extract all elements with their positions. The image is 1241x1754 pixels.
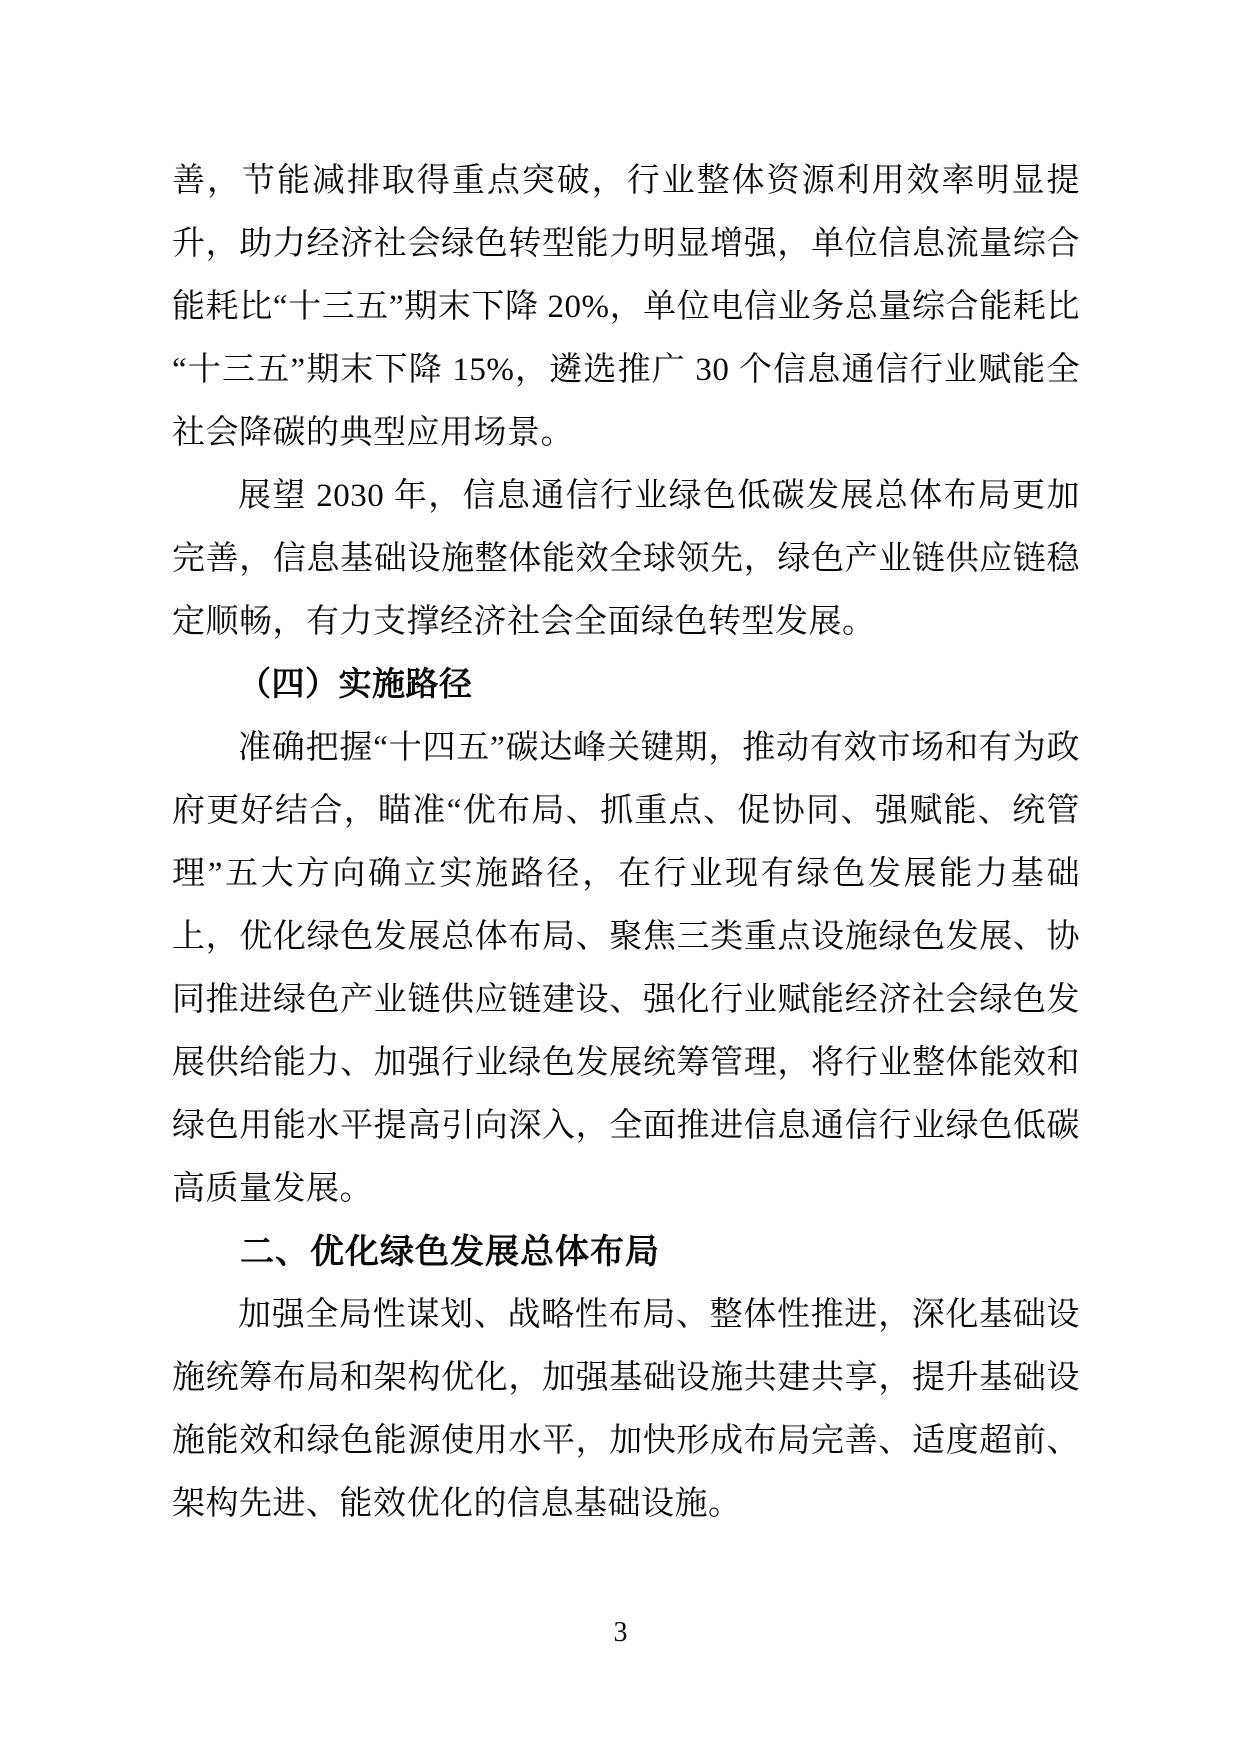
page-number: 3 <box>614 1617 628 1648</box>
subsection-heading-implementation-path: （四）实施路径 <box>172 654 1080 717</box>
document-page: 善，节能减排取得重点突破，行业整体资源利用效率明显提升，助力经济社会绿色转型能力… <box>0 0 1241 1754</box>
paragraph-goals-continuation: 善，节能减排取得重点突破，行业整体资源利用效率明显提升，助力经济社会绿色转型能力… <box>172 150 1080 465</box>
paragraph-overall-layout: 加强全局性谋划、战略性布局、整体性推进，深化基础设施统筹布局和架构优化，加强基础… <box>172 1284 1080 1536</box>
paragraph-implementation-path: 准确把握“十四五”碳达峰关键期，推动有效市场和有为政府更好结合，瞄准“优布局、抓… <box>172 717 1080 1221</box>
paragraph-outlook-2030: 展望 2030 年，信息通信行业绿色低碳发展总体布局更加完善，信息基础设施整体能… <box>172 465 1080 654</box>
section-heading-optimize-green-layout: 二、优化绿色发展总体布局 <box>172 1221 1080 1284</box>
page-footer: 3 <box>0 1616 1241 1650</box>
document-body: 善，节能减排取得重点突破，行业整体资源利用效率明显提升，助力经济社会绿色转型能力… <box>172 150 1080 1536</box>
